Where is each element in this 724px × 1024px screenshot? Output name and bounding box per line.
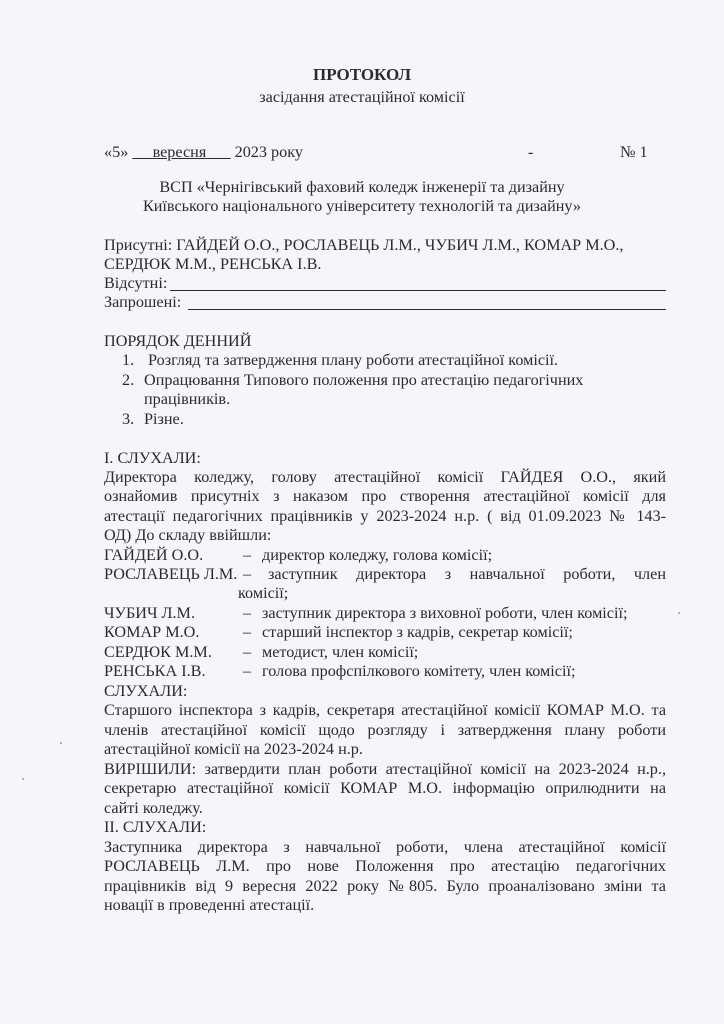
document-page: ПРОТОКОЛ засідання атестаційної комісії … [0, 0, 724, 1024]
scan-speck [22, 778, 24, 780]
section1-para-line-4: ОД) До складу ввійшли: [104, 526, 271, 544]
member-role: заступник директора з навчальної роботи,… [268, 565, 666, 583]
document-subtitle: засідання атестаційної комісії [0, 88, 724, 106]
member-name: ЧУБИЧ Л.М. [104, 604, 195, 622]
invited-field [188, 293, 666, 310]
agenda-heading: ПОРЯДОК ДЕННИЙ [104, 332, 251, 350]
member-name: СЕРДЮК М.М. [104, 643, 212, 661]
member-dash: – [243, 662, 251, 680]
meeting-date: «5» вересня 2023 року [104, 143, 303, 161]
heard-heading: СЛУХАЛИ: [104, 682, 187, 700]
present-line-2: СЕРДЮК М.М., РЕНСЬКА І.В. [104, 255, 321, 273]
agenda-item-2-num: 2. [122, 371, 134, 389]
section2-para-line-2: РОСЛАВЕЦЬ Л.М. про нове Положення про ат… [104, 857, 666, 875]
scan-speck [678, 612, 680, 614]
section2-para-line-1: Заступника директора з навчальної роботи… [104, 838, 666, 856]
decided-line-3: сайті коледжу. [104, 799, 203, 817]
decided-line-1: ВИРІШИЛИ: затвердити план роботи атестац… [104, 760, 666, 778]
stray-mark: - [528, 143, 533, 161]
section2-heading: ІІ. СЛУХАЛИ: [104, 818, 206, 836]
member-name: КОМАР М.О. [104, 623, 199, 641]
section1-para-line-3: атестації педагогічних працівників у 202… [104, 507, 666, 525]
section2-para-line-4: новації в проведенні атестації. [104, 896, 314, 914]
member-role: голова профспілкового комітету, член ком… [262, 662, 575, 680]
agenda-item-2-cont: працівників. [144, 390, 230, 408]
date-day: «5» [104, 143, 128, 161]
member-name: РЕНСЬКА І.В. [104, 662, 206, 680]
date-month: вересня [132, 143, 230, 161]
date-year: 2023 року [235, 143, 303, 161]
section1-para-line-2: ознайомив присутніх з наказом про створе… [104, 487, 666, 505]
organization-line-2: Київського національного університету те… [0, 197, 724, 215]
member-dash: – [243, 546, 251, 564]
agenda-item-3-num: 3. [122, 410, 134, 428]
document-title: ПРОТОКОЛ [0, 66, 724, 84]
member-role: заступник директора з виховної роботи, ч… [262, 604, 627, 622]
invited-label: Запрошені: [104, 293, 181, 311]
member-dash: – [243, 565, 251, 583]
section2-para-line-3: працівників від 9 вересня 2022 року №805… [104, 877, 666, 895]
member-name: РОСЛАВЕЦЬ Л.М. [104, 565, 237, 583]
agenda-item-2: Опрацювання Типового положення про атест… [144, 371, 583, 389]
agenda-item-1: Розгляд та затвердження плану роботи ате… [148, 351, 558, 369]
organization-line-1: ВСП «Чернігівський фаховий коледж інжене… [0, 178, 724, 196]
agenda-item-3: Різне. [144, 410, 184, 428]
member-role: директор коледжу, голова комісії; [262, 546, 492, 564]
absent-label: Відсутні: [104, 274, 167, 292]
decided-line-2: секретарю атестаційної комісії КОМАР М.О… [104, 779, 666, 797]
heard-para-line-1: Старшого інспектора з кадрів, секретаря … [104, 701, 666, 719]
section1-para-line-1: Директора коледжу, голову атестаційної к… [104, 468, 666, 486]
member-name: ГАЙДЕЙ О.О. [104, 546, 203, 564]
present-line-1: Присутні: ГАЙДЕЙ О.О., РОСЛАВЕЦЬ Л.М., Ч… [104, 236, 623, 254]
scan-speck [60, 742, 62, 744]
member-role-cont: комісії; [238, 584, 288, 602]
heard-para-line-3: атестаційної комісії на 2023-2024 н.р. [104, 740, 363, 758]
member-dash: – [243, 643, 251, 661]
absent-field [170, 274, 666, 291]
member-role: методист, член комісії; [262, 643, 418, 661]
member-dash: – [243, 623, 251, 641]
member-role: старший інспектор з кадрів, секретар ком… [262, 623, 573, 641]
protocol-number: № 1 [620, 143, 648, 161]
heard-para-line-2: членів атестаційної комісії щодо розгляд… [104, 721, 666, 739]
section1-heading: І. СЛУХАЛИ: [104, 449, 201, 467]
member-dash: – [243, 604, 251, 622]
agenda-item-1-num: 1. [122, 351, 134, 369]
